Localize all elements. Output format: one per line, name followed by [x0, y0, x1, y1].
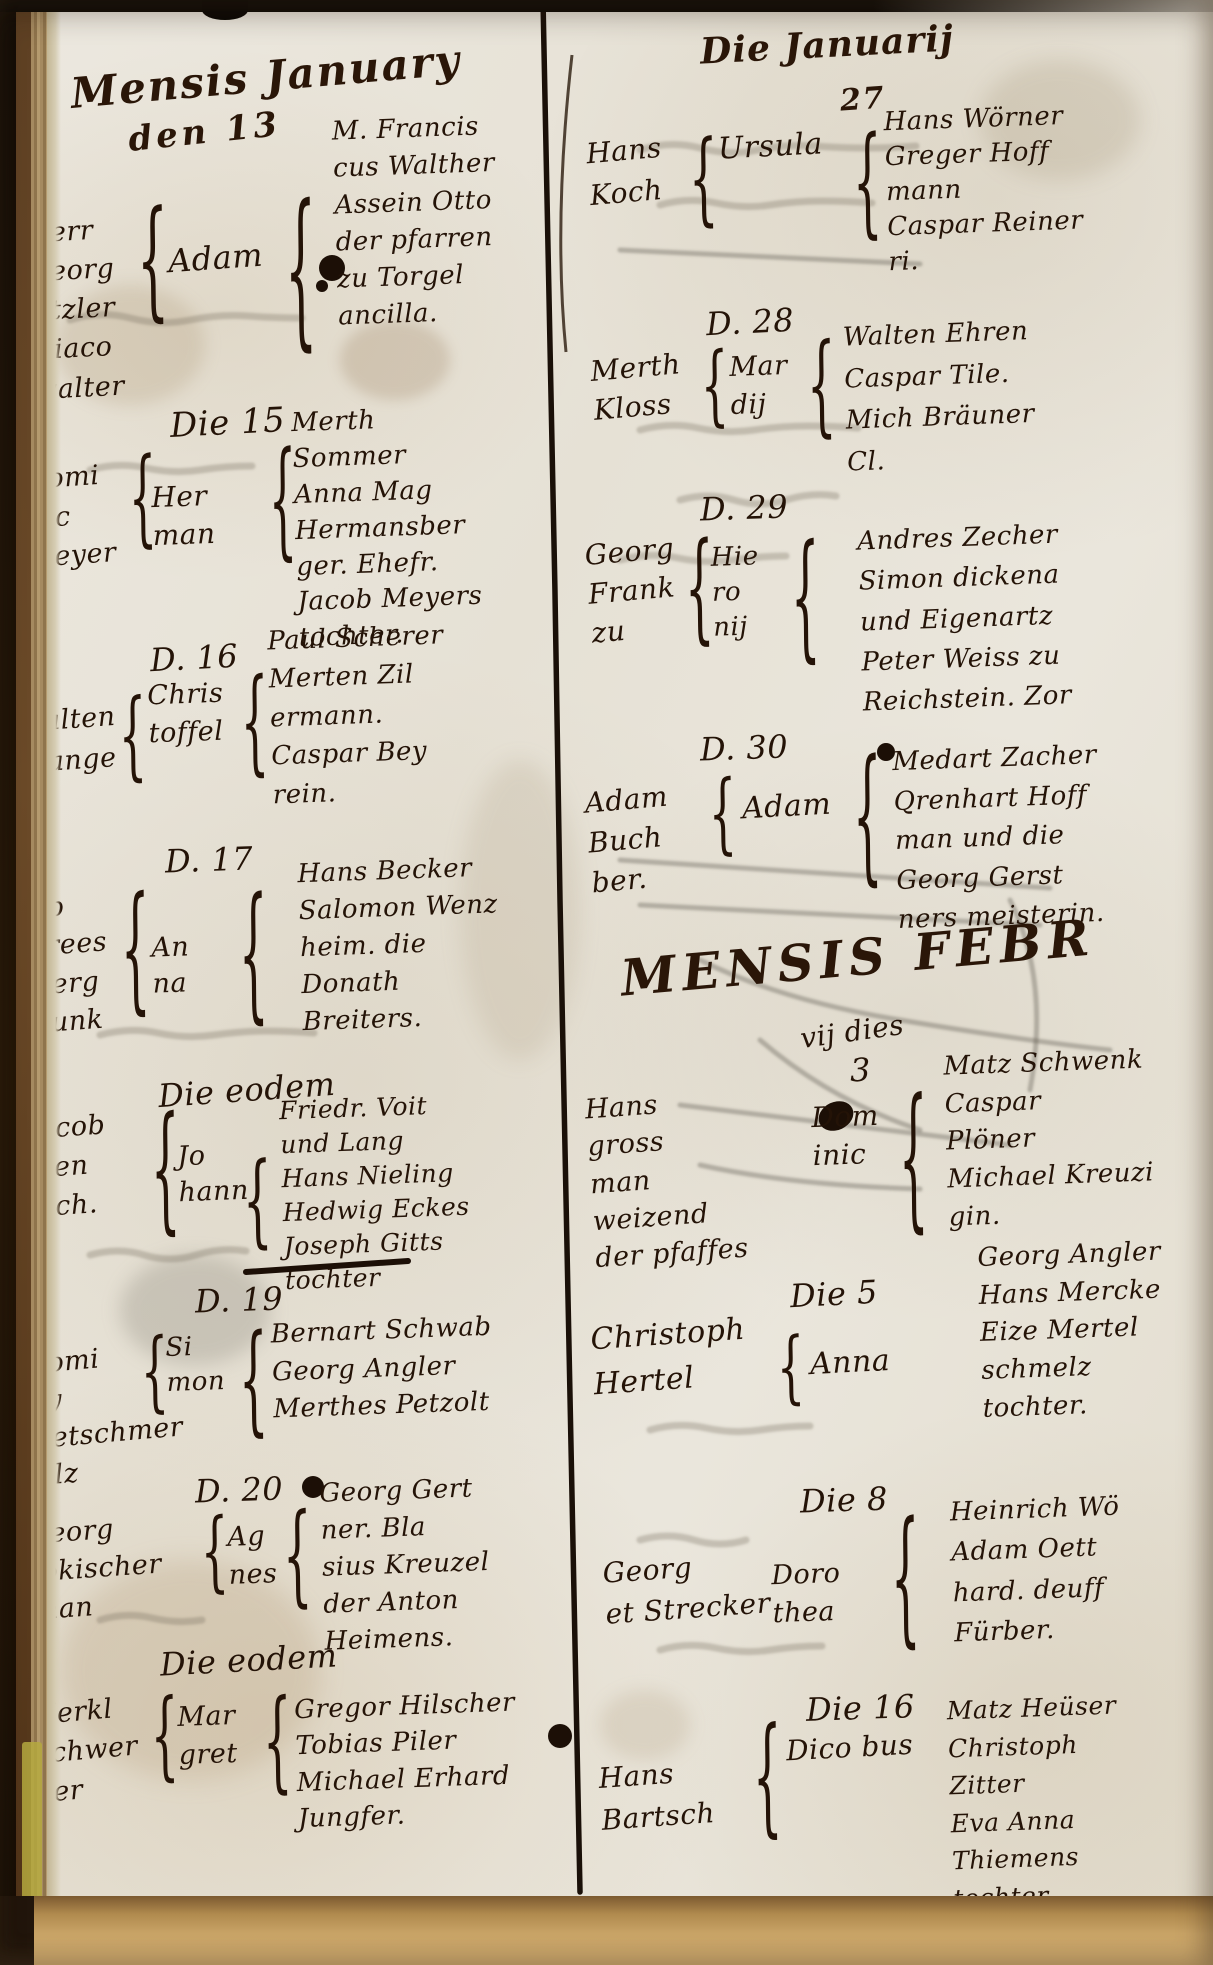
child-name: Jo hann — [177, 1137, 250, 1212]
entry-date: Die eodem — [159, 1633, 339, 1687]
witnesses: Andres Zecher Simon dickena und Eigenart… — [857, 510, 1184, 723]
brace-mark: { — [776, 1328, 806, 1409]
witnesses: Heinrich Wö Adam Oett hard. deuff Fürber… — [949, 1484, 1209, 1654]
brace-mark: { — [688, 126, 719, 229]
witnesses: M. Francis cus Walther Assein Otto der p… — [331, 106, 544, 334]
father-name: Georg Frank zu — [583, 528, 683, 653]
witnesses: Medart Zacher Qrenhart Hoff man und die … — [892, 733, 1189, 941]
child-name: Anna — [809, 1340, 891, 1386]
brace-mark: { — [136, 193, 170, 326]
brace-mark: { — [150, 1097, 181, 1238]
table-surface — [34, 1896, 1213, 1965]
brace-mark: { — [284, 182, 318, 356]
child-name: An na — [151, 929, 191, 1003]
child-name: Doro thea — [771, 1555, 843, 1633]
page-edge-stack — [31, 0, 47, 1905]
brace-mark: { — [118, 688, 148, 787]
book-spine-edge — [0, 0, 16, 1965]
witnesses: Gregor Hilscher Tobias Piler Michael Erh… — [294, 1684, 539, 1838]
child-name: Adam — [167, 233, 265, 284]
brace-mark: { — [240, 665, 270, 782]
witnesses: Hans Becker Salomon Wenz heim. die Donat… — [297, 848, 543, 1041]
entry-date: Die 5 — [789, 1270, 879, 1319]
table-surface-dark — [0, 1896, 34, 1965]
father-name: Georg et Strecker — [601, 1542, 771, 1635]
brace-mark: { — [890, 1501, 921, 1651]
witnesses: Georg Angler Hans Mercke Eize Mertel sch… — [977, 1232, 1208, 1428]
book-top-edge — [0, 0, 1213, 12]
manuscript-page: Mensis January den 13 Herr Georg Etzler … — [0, 0, 1213, 1965]
brace-mark: { — [120, 877, 151, 1018]
brace-mark: { — [898, 1077, 929, 1237]
brace-mark: { — [700, 342, 730, 432]
father-name: Merth Kloss — [589, 344, 686, 430]
witnesses: Georg Gert ner. Bla sius Kreuzel der Ant… — [319, 1468, 540, 1660]
brace-mark: { — [806, 328, 837, 441]
witnesses: Matz Schwenk Caspar Plöner Michael Kreuz… — [943, 1040, 1209, 1237]
brace-mark: { — [238, 1317, 269, 1439]
witnesses: Hans Wörner Greger Hoff mann Caspar Rein… — [883, 95, 1189, 281]
brace-mark: { — [238, 877, 269, 1027]
child-name: Mar dij — [729, 347, 790, 425]
entry-date: Die 8 — [799, 1476, 888, 1524]
child-name: Dom inic — [811, 1097, 881, 1175]
witnesses: Friedr. Voit und Lang Hans Nieling Hedwi… — [279, 1086, 526, 1298]
witnesses: Walten Ehren Caspar Tile. Mich Bräuner C… — [842, 306, 1168, 483]
month-day-number: 3 — [849, 1048, 871, 1093]
brace-mark: { — [282, 1498, 313, 1611]
father-name: Christoph Hertel — [589, 1307, 750, 1408]
book-top-edge-blob — [202, 0, 248, 20]
child-name: Ag nes — [227, 1517, 278, 1594]
brace-mark: { — [150, 1688, 180, 1787]
book-spine-edge — [16, 0, 31, 1965]
child-name: Adam — [741, 784, 832, 831]
child-name: Dico bus — [785, 1725, 914, 1771]
father-name: Adam Buch ber. — [583, 777, 676, 903]
witnesses: Matz Heüser Christoph Zitter Eva Anna Th… — [946, 1684, 1204, 1918]
child-name: Mar gret — [177, 1697, 239, 1775]
child-name: Chris toffel — [147, 675, 226, 753]
brace-mark: { — [200, 1508, 230, 1598]
child-name: Her man — [151, 477, 216, 555]
page-edge-stack — [47, 0, 61, 1900]
child-name: Hie ro nij — [710, 539, 762, 646]
brace-mark: { — [790, 525, 821, 666]
brace-mark: { — [262, 1684, 293, 1797]
brace-mark: { — [708, 770, 738, 860]
witnesses: Bernart Schwab Georg Angler Merthes Petz… — [270, 1308, 529, 1430]
child-name: Si mon — [165, 1329, 226, 1401]
father-name: Hans Bartsch — [597, 1750, 716, 1842]
witnesses: Paul Scherer Merten Zil ermann. Caspar B… — [267, 614, 529, 815]
brace-mark: { — [242, 1148, 273, 1251]
child-name: Ursula — [717, 123, 824, 170]
brace-mark: { — [852, 739, 883, 889]
page-edge-sliver — [22, 1742, 42, 1902]
father-name: Hans Koch — [584, 127, 667, 217]
brace-mark: { — [752, 1709, 783, 1841]
brace-mark: { — [852, 119, 883, 241]
father-name: Hans gross man weizend der pfaffes — [584, 1081, 750, 1278]
